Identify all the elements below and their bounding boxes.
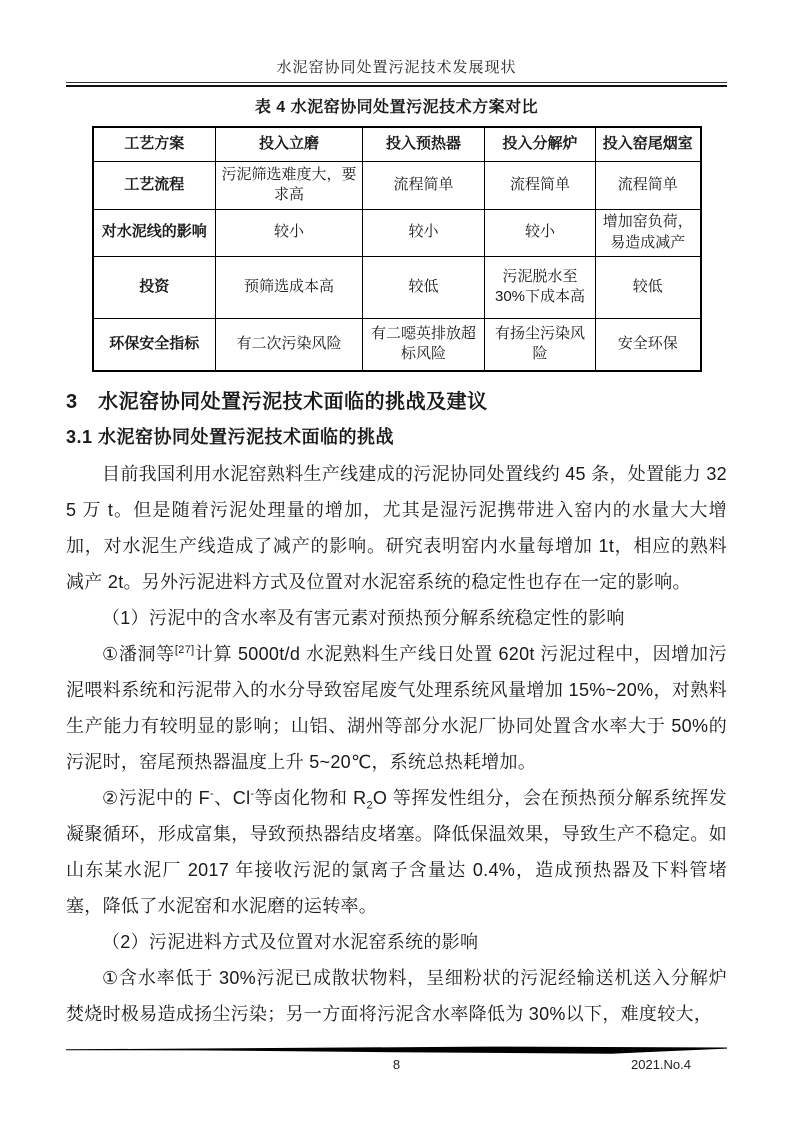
- paragraph: （1）污泥中的含水率及有害元素对预热预分解系统稳定性的影响: [66, 600, 727, 636]
- row-label: 工艺流程: [93, 161, 216, 209]
- body-text: 目前我国利用水泥窑熟料生产线建成的污泥协同处置线约 45 条，处置能力 325 …: [66, 456, 727, 1032]
- table-cell: 污泥脱水至 30%下成本高: [485, 256, 596, 318]
- table-cell: 污泥筛选难度大，要求高: [216, 161, 363, 209]
- issue-label: 2021.No.4: [631, 1057, 691, 1072]
- table-cell: 流程简单: [363, 161, 485, 209]
- paragraph: ②污泥中的 F-、Cl-等卤化物和 R2O 等挥发性组分，会在预热预分解系统挥发…: [66, 780, 727, 924]
- table-cell: 较小: [363, 209, 485, 256]
- column-header: 投入分解炉: [485, 127, 596, 161]
- page-footer: 8 2021.No.4: [66, 1046, 727, 1077]
- column-header: 投入预热器: [363, 127, 485, 161]
- subsection-heading: 3.1 水泥窑协同处置污泥技术面临的挑战: [66, 423, 727, 449]
- table-cell: 流程简单: [596, 161, 701, 209]
- running-head-title: 水泥窑协同处置污泥技术发展现状: [276, 59, 516, 76]
- table-cell: 有二噁英排放超标风险: [363, 318, 485, 371]
- row-label: 投资: [93, 256, 216, 318]
- column-header: 投入立磨: [216, 127, 363, 161]
- row-label: 环保安全指标: [93, 318, 216, 371]
- footer-ornament-rule: [66, 1046, 727, 1055]
- table-cell: 较低: [363, 256, 485, 318]
- comparison-table: 工艺方案 投入立磨 投入预热器 投入分解炉 投入窑尾烟室 工艺流程 污泥筛选难度…: [92, 126, 702, 372]
- table-cell: 流程简单: [485, 161, 596, 209]
- paragraph: ①含水率低于 30%污泥已成散状物料，呈细粉状的污泥经输送机送入分解炉焚烧时极易…: [66, 960, 727, 1032]
- column-header: 工艺方案: [93, 127, 216, 161]
- table-cell: 预筛选成本高: [216, 256, 363, 318]
- section-heading: 3 水泥窑协同处置污泥技术面临的挑战及建议: [66, 385, 727, 414]
- table-cell: 有二次污染风险: [216, 318, 363, 371]
- paragraph: 目前我国利用水泥窑熟料生产线建成的污泥协同处置线约 45 条，处置能力 325 …: [66, 456, 727, 600]
- table-row: 投资 预筛选成本高 较低 污泥脱水至 30%下成本高 较低: [93, 256, 701, 318]
- page-number: 8: [66, 1057, 727, 1072]
- table-row: 环保安全指标 有二次污染风险 有二噁英排放超标风险 有扬尘污染风险 安全环保: [93, 318, 701, 371]
- table-cell: 较小: [216, 209, 363, 256]
- table-caption: 表 4 水泥窑协同处置污泥技术方案对比: [66, 94, 727, 117]
- table-cell: 增加窑负荷，易造成减产: [596, 209, 701, 256]
- row-label: 对水泥线的影响: [93, 209, 216, 256]
- column-header: 投入窑尾烟室: [596, 127, 701, 161]
- table-cell: 较低: [596, 256, 701, 318]
- table-cell: 较小: [485, 209, 596, 256]
- running-head: 水泥窑协同处置污泥技术发展现状: [66, 0, 727, 77]
- table-cell: 有扬尘污染风险: [485, 318, 596, 371]
- table-cell: 安全环保: [596, 318, 701, 371]
- table-header-row: 工艺方案 投入立磨 投入预热器 投入分解炉 投入窑尾烟室: [93, 127, 701, 161]
- table-row: 工艺流程 污泥筛选难度大，要求高 流程简单 流程简单 流程简单: [93, 161, 701, 209]
- header-rule: [66, 82, 727, 87]
- table-row: 对水泥线的影响 较小 较小 较小 增加窑负荷，易造成减产: [93, 209, 701, 256]
- paragraph: ①潘洞等[27]计算 5000t/d 水泥熟料生产线日处置 620t 污泥过程中…: [66, 636, 727, 780]
- document-page: 水泥窑协同处置污泥技术发展现状 表 4 水泥窑协同处置污泥技术方案对比 工艺方案…: [0, 0, 793, 1122]
- paragraph: （2）污泥进料方式及位置对水泥窑系统的影响: [66, 924, 727, 960]
